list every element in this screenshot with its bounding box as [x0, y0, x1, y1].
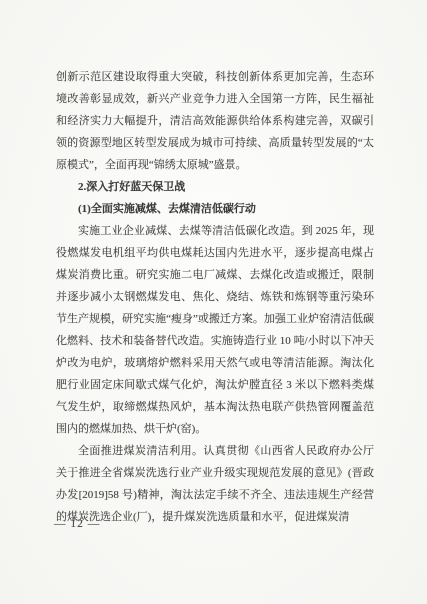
section-heading: 2.深入打好蓝天保卫战: [56, 176, 374, 198]
body-paragraph: 实施工业企业减煤、去煤等清洁低碳化改造。到 2025 年，现役燃煤发电机组平均供…: [56, 220, 374, 440]
document-body: 创新示范区建设取得重大突破，科技创新体系更加完善，生态环境改善彰显成效，新兴产业…: [56, 66, 374, 528]
page-number: — 12 —: [54, 518, 100, 530]
subsection-heading: (1)全面实施减煤、去煤清洁低碳行动: [56, 198, 374, 220]
body-paragraph-continuation: 创新示范区建设取得重大突破，科技创新体系更加完善，生态环境改善彰显成效，新兴产业…: [56, 66, 374, 176]
body-paragraph: 全面推进煤炭清洁利用。认真贯彻《山西省人民政府办公厅关于推进全省煤炭洗选行业产业…: [56, 440, 374, 528]
document-page: 创新示范区建设取得重大突破，科技创新体系更加完善，生态环境改善彰显成效，新兴产业…: [0, 0, 427, 604]
